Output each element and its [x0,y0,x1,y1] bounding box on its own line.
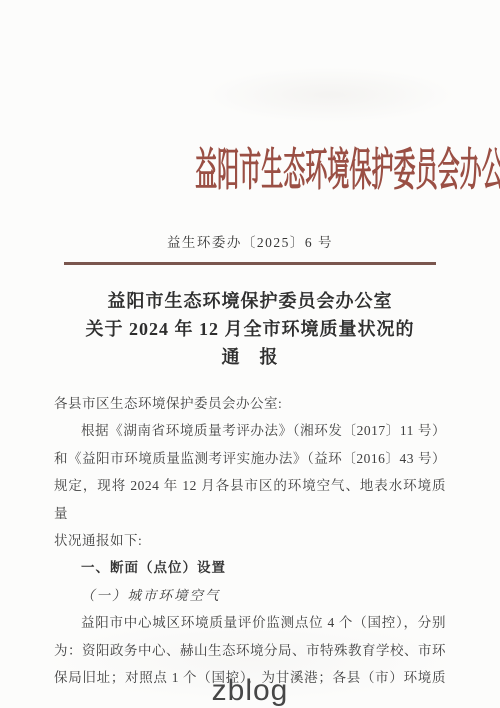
header-divider-line [64,262,436,265]
body-text: 各县市区生态环境保护委员会办公室:根据《湖南省环境质量考评办法》（湘环发〔201… [54,390,446,691]
document-page: 益阳市生态环境保护委员会办公室文件 益生环委办〔2025〕6 号 益阳市生态环境… [0,0,500,708]
body-line: 益阳市中心城区环境质量评价监测点位 4 个（国控），分别 [54,609,446,636]
body-line: 各县市区生态环境保护委员会办公室: [54,390,446,417]
document-title-line-2: 关于 2024 年 12 月全市环境质量状况的 [30,315,470,343]
document-title-line-1: 益阳市生态环境保护委员会办公室 [30,287,470,315]
body-line: （一）城市环境空气 [54,582,446,609]
letterhead-title: 益阳市生态环境保护委员会办公室文件 [0,146,500,196]
document-title: 益阳市生态环境保护委员会办公室 关于 2024 年 12 月全市环境质量状况的 … [30,287,470,371]
body-line: 和《益阳市环境质量监测考评实施办法》（益环〔2016〕43 号） [54,445,446,472]
body-line: 为：资阳政务中心、赫山生态环境分局、市特殊教育学校、市环 [54,637,446,664]
body-line: 根据《湖南省环境质量考评办法》（湘环发〔2017〕11 号） [54,417,446,444]
body-line: 一、断面（点位）设置 [54,554,446,581]
document-number: 益生环委办〔2025〕6 号 [0,231,500,251]
document-title-line-3: 通 报 [30,343,470,371]
watermark-logo: zblog [0,674,500,708]
body-line: 状况通报如下: [54,527,446,554]
letterhead-title-text: 益阳市生态环境保护委员会办公室文件 [195,146,500,196]
body-line: 规定，现将 2024 年 12 月各县市区的环境空气、地表水环境质量 [54,472,446,527]
